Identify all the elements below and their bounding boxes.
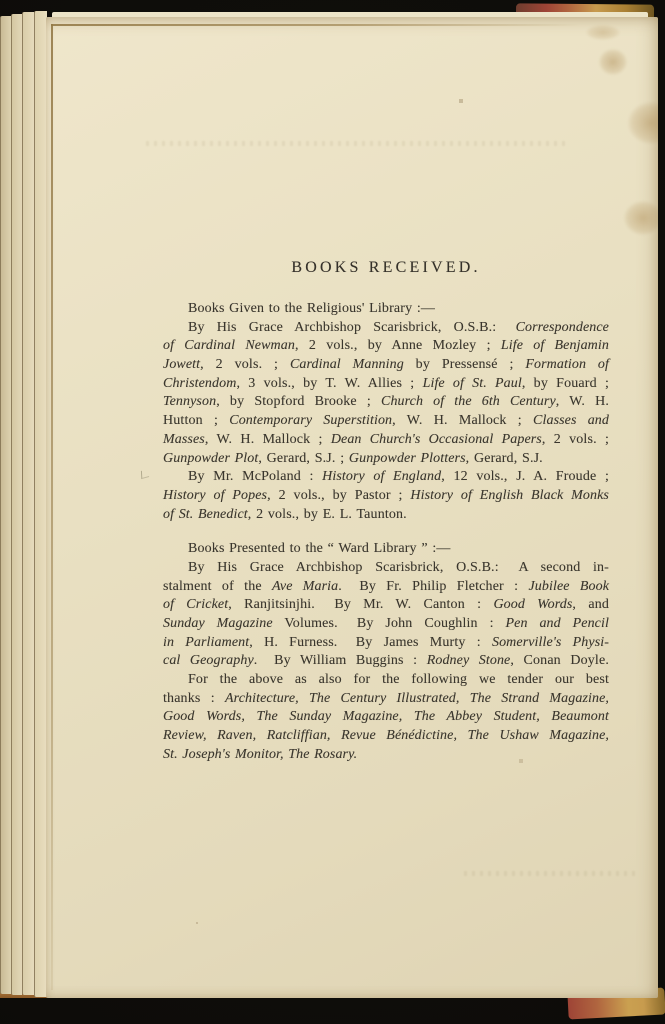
body-text: thanks : bbox=[163, 691, 225, 706]
body-text: , by Fouard ; bbox=[522, 376, 609, 391]
text-line: Sunday Magazine Volumes. By John Coughli… bbox=[163, 615, 609, 634]
body-text: , 2 vols., by E. L. Taunton. bbox=[248, 507, 407, 522]
book-scan: BOOKS RECEIVED. Books Given to the Relig… bbox=[0, 0, 665, 1024]
book-title-text: Church of the 6th Century bbox=[381, 394, 556, 409]
book-title-text: Rodney Stone bbox=[427, 653, 511, 668]
text-line: in Parliament, H. Furness. By James Murt… bbox=[163, 634, 609, 653]
body-text: , 2 vols. ; bbox=[542, 432, 609, 447]
page-stack-edge bbox=[0, 16, 11, 994]
book-title-text: Cardinal Manning bbox=[290, 357, 404, 372]
book-title-text: Gunpowder Plot bbox=[163, 451, 258, 466]
book-title-text: History of Popes bbox=[163, 488, 267, 503]
text-line: Books Given to the Religious' Library :— bbox=[163, 300, 609, 319]
book-page: BOOKS RECEIVED. Books Given to the Relig… bbox=[46, 17, 658, 998]
text-line: of Cricket, Ranjitsinjhi. By Mr. W. Cant… bbox=[163, 596, 609, 615]
book-title-text: Gunpowder Plotters bbox=[349, 451, 466, 466]
book-title-text: Classes and bbox=[533, 413, 609, 428]
body-text: , Gerard, S.J. ; bbox=[258, 451, 349, 466]
book-title-text: St. Joseph's Monitor, The Rosary. bbox=[163, 747, 357, 762]
text-line: History of Popes, 2 vols., by Pastor ; H… bbox=[163, 487, 609, 506]
text-line: cal Geography. By William Buggins : Rodn… bbox=[163, 652, 609, 671]
text-line: Hutton ; Contemporary Superstition, W. H… bbox=[163, 412, 609, 431]
book-title-text: Good Words bbox=[493, 597, 572, 612]
show-through-marks bbox=[464, 871, 639, 876]
text-line: By His Grace Archbishop Scarisbrick, O.S… bbox=[163, 559, 609, 578]
body-text: , by Stopford Brooke ; bbox=[216, 394, 381, 409]
body-text: , H. Furness. By James Murty : bbox=[249, 635, 492, 650]
book-title-text: History of English Black Monks bbox=[410, 488, 609, 503]
book-title-text: Somerville's Physi- bbox=[492, 635, 609, 650]
book-title-text: Formation of bbox=[525, 357, 609, 372]
text-line: St. Joseph's Monitor, The Rosary. bbox=[163, 746, 609, 765]
body-text: By His Grace Archbishop Scarisbrick, O.S… bbox=[188, 320, 516, 335]
book-title-text: of St. Benedict bbox=[163, 507, 248, 522]
book-title-text: of Cardinal Newman bbox=[163, 338, 295, 353]
book-title-text: in Parliament bbox=[163, 635, 249, 650]
book-title-text: Jubilee Book bbox=[528, 579, 609, 594]
page-frame-line-top bbox=[51, 24, 596, 26]
text-line: thanks : Architecture, The Century Illus… bbox=[163, 690, 609, 709]
body-text: , 12 vols., J. A. Froude ; bbox=[441, 469, 609, 484]
body-text: , W. H. bbox=[556, 394, 609, 409]
body-text: Volumes. By John Coughlin : bbox=[273, 616, 506, 631]
book-title-text: Ave Maria bbox=[272, 579, 338, 594]
book-title-text: Dean Church's Occasional Papers bbox=[331, 432, 542, 447]
text-line: of Cardinal Newman, 2 vols., by Anne Moz… bbox=[163, 337, 609, 356]
body-text: , Conan Doyle. bbox=[510, 653, 609, 668]
body-text: stalment of the bbox=[163, 579, 272, 594]
text-section: Books Presented to the “ Ward Library ” … bbox=[163, 540, 609, 764]
text-line: Masses, W. H. Mallock ; Dean Church's Oc… bbox=[163, 431, 609, 450]
book-title-text: Review, Raven, Ratcliffian, Revue Bénédi… bbox=[163, 728, 609, 743]
foxing-stain bbox=[599, 49, 627, 75]
book-title-text: Masses bbox=[163, 432, 205, 447]
text-section: Books Given to the Religious' Library :—… bbox=[163, 300, 609, 524]
text-line: For the above as also for the following … bbox=[163, 671, 609, 690]
book-title-text: Good Words, The Sunday Magazine, The Abb… bbox=[163, 709, 609, 724]
body-text: by Pressensé ; bbox=[404, 357, 525, 372]
book-title-text: cal Geography bbox=[163, 653, 254, 668]
book-title-text: Architecture, The Century Illustrated, T… bbox=[225, 691, 609, 706]
book-title-text: Tennyson bbox=[163, 394, 216, 409]
book-title-text: Sunday Magazine bbox=[163, 616, 273, 631]
book-title-text: Contemporary Superstition bbox=[229, 413, 392, 428]
book-title-text: Christendom bbox=[163, 376, 236, 391]
body-text: , Gerard, S.J. bbox=[466, 451, 543, 466]
body-text: , 3 vols., by T. W. Allies ; bbox=[236, 376, 422, 391]
body-text: . By William Buggins : bbox=[254, 653, 427, 668]
text-line: Jowett, 2 vols. ; Cardinal Manning by Pr… bbox=[163, 356, 609, 375]
paper-specks bbox=[46, 17, 48, 19]
book-title-text: Life of Benjamin bbox=[501, 338, 609, 353]
text-line: of St. Benedict, 2 vols., by E. L. Taunt… bbox=[163, 506, 609, 525]
text-block: BOOKS RECEIVED. Books Given to the Relig… bbox=[163, 258, 609, 765]
body-text: . By Fr. Philip Fletcher : bbox=[338, 579, 528, 594]
text-line: Tennyson, by Stopford Brooke ; Church of… bbox=[163, 393, 609, 412]
text-line: Books Presented to the “ Ward Library ” … bbox=[163, 540, 609, 559]
book-title-text: Correspondence bbox=[516, 320, 609, 335]
book-title-text: Life of St. Paul bbox=[423, 376, 522, 391]
text-line: Good Words, The Sunday Magazine, The Abb… bbox=[163, 708, 609, 727]
book-title-text: History of England bbox=[322, 469, 441, 484]
show-through-marks bbox=[146, 141, 566, 146]
foxing-stain bbox=[624, 201, 658, 235]
pencil-mark bbox=[141, 469, 149, 479]
body-text: , 2 vols., by Anne Mozley ; bbox=[295, 338, 501, 353]
page-frame-line-left bbox=[51, 24, 53, 990]
body-text: , W. H. Mallock ; bbox=[392, 413, 533, 428]
body-text: Books Presented to the “ Ward Library ” … bbox=[188, 541, 451, 556]
body-text: Books Given to the Religious' Library :— bbox=[188, 301, 435, 316]
body-text: , and bbox=[572, 597, 609, 612]
body-text: By Mr. McPoland : bbox=[188, 469, 322, 484]
page-stack-edge bbox=[11, 14, 22, 995]
foxing-stain bbox=[586, 25, 620, 40]
page-stack-edge bbox=[22, 12, 34, 995]
body-text: , 2 vols. ; bbox=[200, 357, 290, 372]
book-title-text: Jowett bbox=[163, 357, 200, 372]
book-title-text: of Cricket bbox=[163, 597, 228, 612]
text-line: By Mr. McPoland : History of England, 12… bbox=[163, 468, 609, 487]
body-text: , 2 vols., by Pastor ; bbox=[267, 488, 410, 503]
body-text: , W. H. Mallock ; bbox=[205, 432, 331, 447]
book-title-text: Pen and Pencil bbox=[506, 616, 609, 631]
text-line: stalment of the Ave Maria. By Fr. Philip… bbox=[163, 578, 609, 597]
foxing-stain bbox=[628, 102, 658, 144]
text-line: Review, Raven, Ratcliffian, Revue Bénédi… bbox=[163, 727, 609, 746]
text-line: Christendom, 3 vols., by T. W. Allies ; … bbox=[163, 375, 609, 394]
page-title: BOOKS RECEIVED. bbox=[163, 258, 609, 278]
body-text: For the above as also for the following … bbox=[188, 672, 609, 687]
text-line: Gunpowder Plot, Gerard, S.J. ; Gunpowder… bbox=[163, 450, 609, 469]
page-body: Books Given to the Religious' Library :—… bbox=[163, 300, 609, 765]
body-text: , Ranjitsinjhi. By Mr. W. Canton : bbox=[228, 597, 493, 612]
body-text: Hutton ; bbox=[163, 413, 229, 428]
text-line: By His Grace Archbishop Scarisbrick, O.S… bbox=[163, 319, 609, 338]
body-text: By His Grace Archbishop Scarisbrick, O.S… bbox=[188, 560, 609, 575]
